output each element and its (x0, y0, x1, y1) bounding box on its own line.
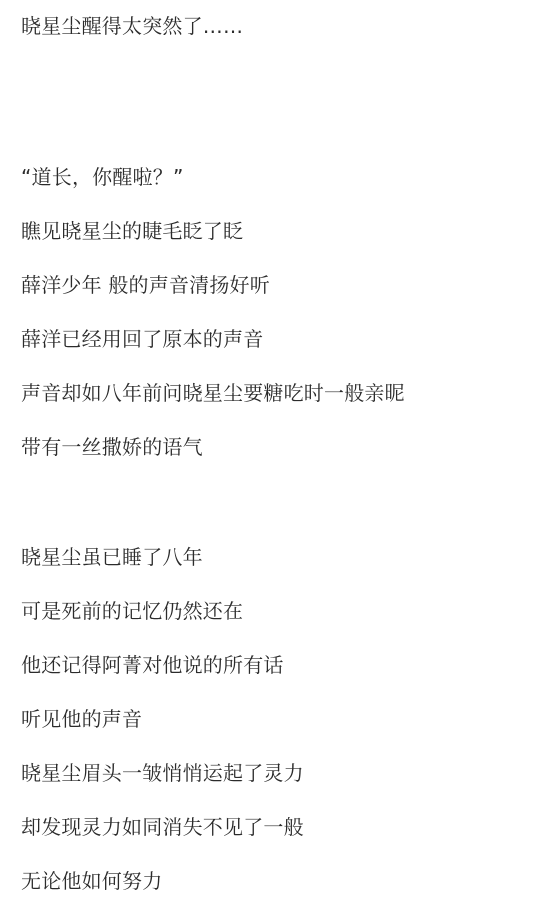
story-paragraph: 可是死前的记忆仍然还在 (21, 601, 517, 621)
story-paragraph: 瞧见晓星尘的睫毛眨了眨 (21, 221, 517, 241)
story-paragraph: 薛洋少年 般的声音清扬好听 (21, 275, 517, 295)
story-paragraph: 听见他的声音 (21, 709, 517, 729)
story-paragraph-quote: “道长，你醒啦？” (21, 167, 517, 187)
story-page: 晓星尘醒得太突然了…… “道长，你醒啦？” 瞧见晓星尘的睫毛眨了眨 薛洋少年 般… (0, 0, 537, 903)
story-paragraph: 他还记得阿菁对他说的所有话 (21, 655, 517, 675)
story-paragraph: 带有一丝撒娇的语气 (21, 437, 517, 457)
story-paragraph: 晓星尘眉头一皱悄悄运起了灵力 (21, 763, 517, 783)
story-paragraph: 却发现灵力如同消失不见了一般 (21, 817, 517, 837)
story-paragraph: 声音却如八年前问晓星尘要糖吃时一般亲昵 (21, 383, 517, 403)
story-paragraph: 无论他如何努力 (21, 871, 517, 891)
story-paragraph: 薛洋已经用回了原本的声音 (21, 329, 517, 349)
story-paragraph: 晓星尘醒得太突然了…… (21, 16, 517, 36)
story-paragraph: 晓星尘虽已睡了八年 (21, 547, 517, 567)
